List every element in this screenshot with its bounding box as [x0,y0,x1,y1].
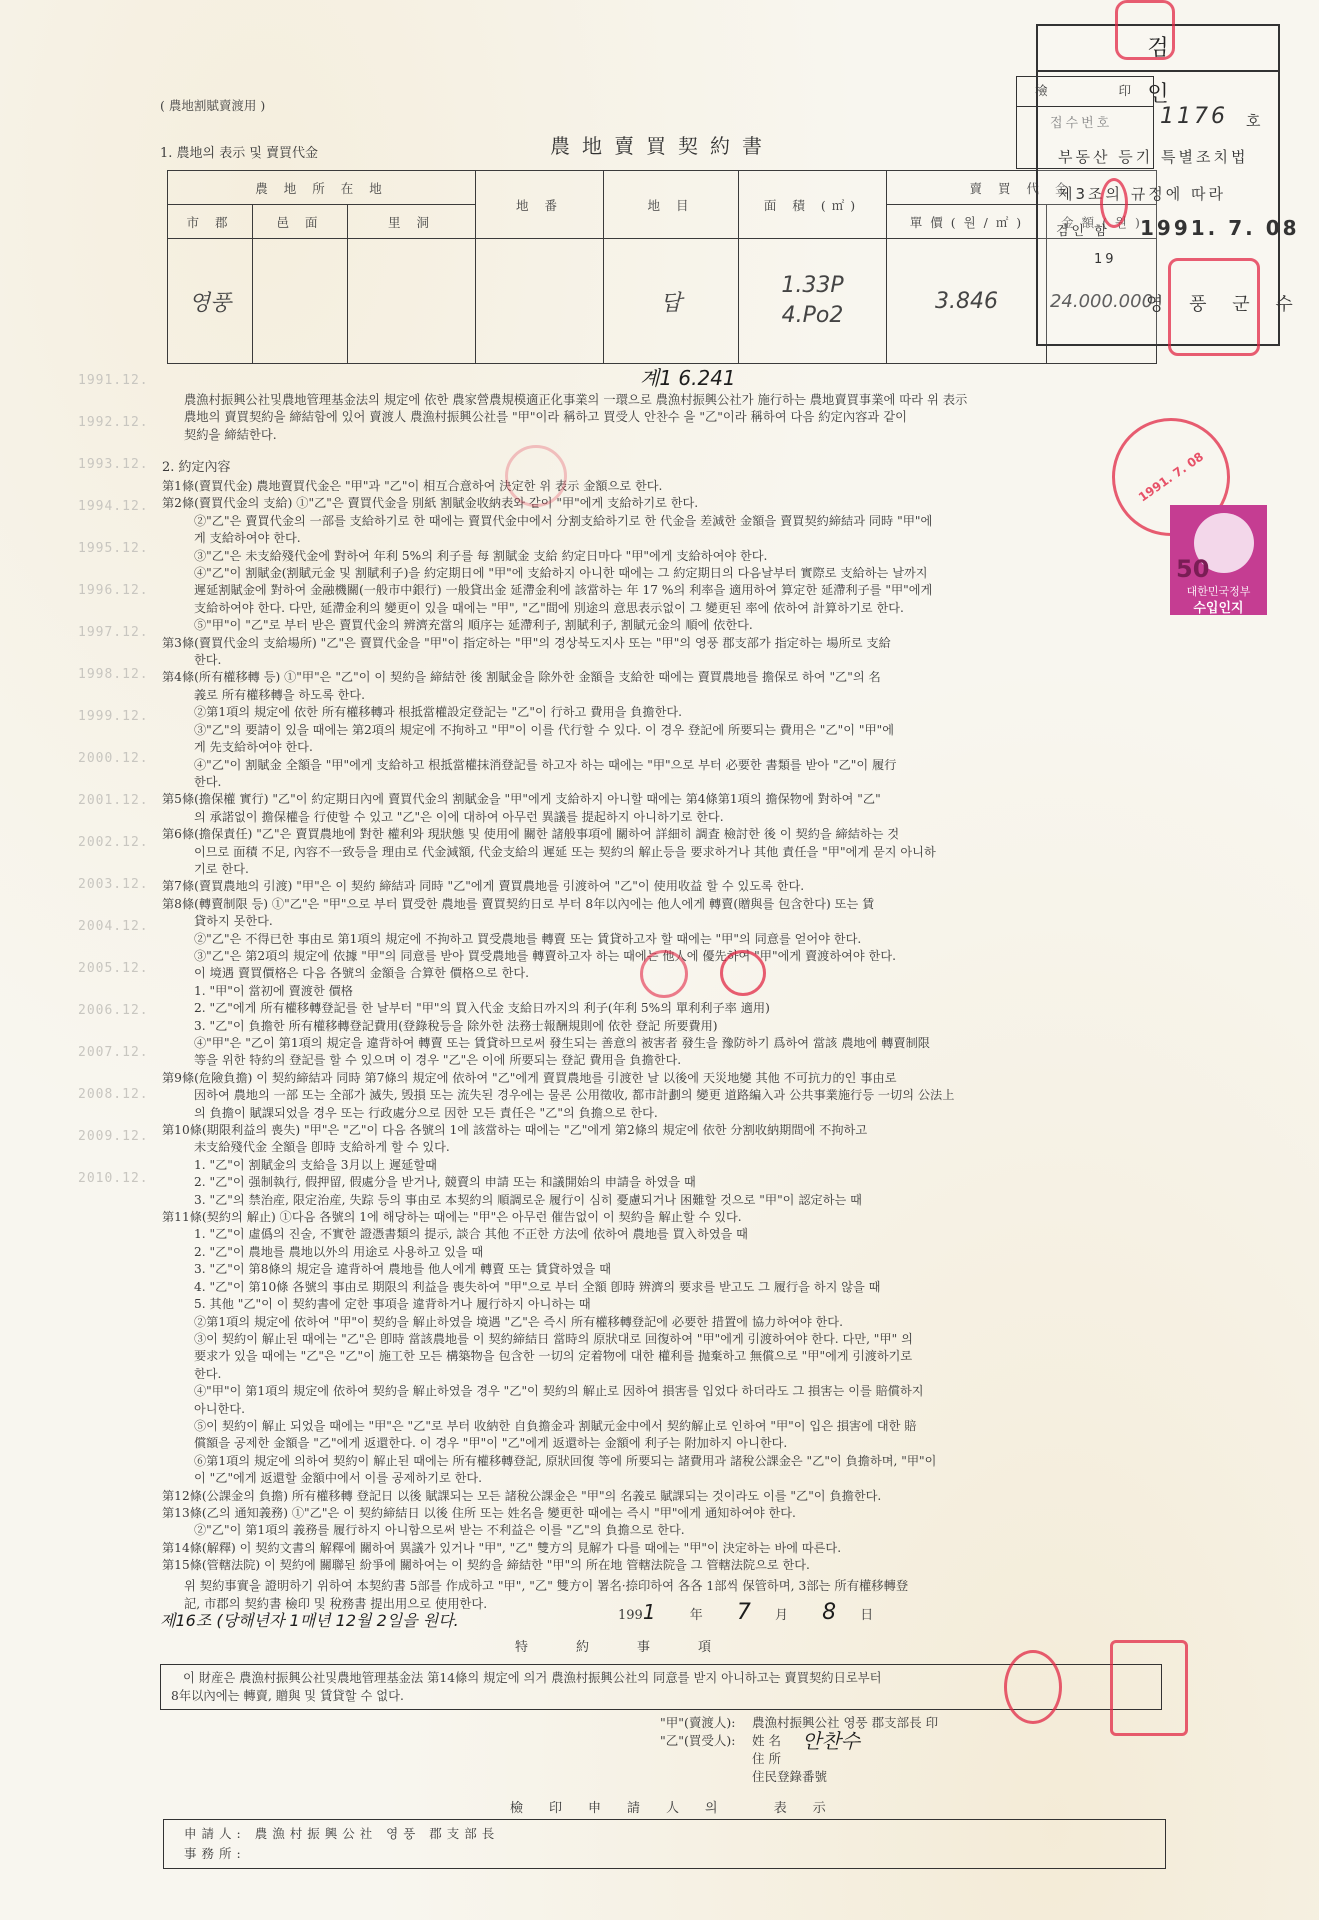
area-line-2: 4.Po2 [739,301,886,331]
ghost-date: 1997.12. [78,612,168,654]
ghost-date: 1992.12. [78,402,168,444]
year-label: 年 [690,1604,703,1623]
office-label: 事務所: [184,1846,246,1861]
seller-label: "甲"(賣渡人): [660,1714,752,1732]
article-line: 기로 한다. [184,861,1166,878]
article-line: ②"乙"은 不得已한 事由로 第1項의 規定에 不拘하고 買受農地를 轉賣 또는… [184,931,1166,948]
preamble: 農漁村振興公社및農地管理基金法의 規定에 依한 農家營農規模適正化事業의 一環으… [184,392,1164,444]
article-line: ⑥第1項의 規定에 의하여 契約이 解止된 때에는 所有權移轉登記, 原狀回復 … [184,1453,1166,1470]
faded-seal-preamble [505,445,567,507]
article-line: 第8條(轉賣制限 등) ①"乙"은 "甲"으로 부터 買受한 農地를 賣買契約日… [162,896,1166,913]
preamble-line: 農地의 賣買契約을 締結함에 있어 賣渡人 農漁村振興公社를 "甲"이라 稱하고… [184,409,1164,426]
ghost-date: 2008.12. [78,1074,168,1116]
ghost-date: 2010.12. [78,1158,168,1200]
ghost-date: 1994.12. [78,486,168,528]
month-value: 7 [737,1600,751,1625]
ghost-date: 1991.12. [78,360,168,402]
article-line: ⑤"甲"이 "乙"로 부터 받은 賣買代金의 辨濟充當의 順序는 延滯利子, 割… [184,617,1166,634]
day-label: 日 [860,1604,873,1623]
article-line: 第10條(期限利益의 喪失) "甲"은 "乙"이 다음 各號의 1에 該當하는 … [162,1122,1166,1139]
article-line: 第7條(賣買農地의 引渡) "甲"은 이 契約 締結과 同時 "乙"에게 賣買農… [162,878,1166,895]
revenue-stamp: 50 대한민국정부 수입인지 [1170,505,1267,615]
preamble-line: 農漁村振興公社및農地管理基金法의 規定에 依한 農家營農規模適正化事業의 一環으… [184,392,1164,409]
article-line: ③"乙"의 要請이 있을 때에는 第2項의 規定에 不拘하고 "甲"이 이를 代… [184,722,1166,739]
header-land-category: 地 目 [604,171,739,239]
usage-note: ( 農地割賦賣渡用 ) [160,96,265,114]
article-line: 第2條(賣買代金의 支給) ①"乙"은 賣買代金을 別紙 割賦金收納表와 같이 … [162,495,1166,512]
law-line-1: 부동산 등기 특별조치법 [1058,146,1248,167]
articles: 第1條(賣買代金) 農地賣買代金은 "甲"과 "乙"이 相互合意하여 決定한 위… [184,478,1166,1575]
month-label: 月 [775,1604,788,1623]
article-line: 償額을 공제한 金額을 "乙"에게 返還한다. 이 경우 "甲"이 "乙"에게 … [184,1435,1166,1452]
law-line-3: 검인 함 [1056,220,1110,239]
article-line: 第14條(解釋) 이 契約文書의 解釋에 關하여 異議가 있거나 "甲", "乙… [162,1540,1166,1557]
cell-town [253,239,348,364]
section2-title: 2. 約定內容 [162,456,231,475]
buyer-id-label: 住民登錄番號 [752,1768,827,1786]
ghost-date: 2001.12. [78,780,168,822]
article-line: 의 承諾없이 擔保權을 行使할 수 있고 "乙"은 이에 대하여 아무런 異議를… [184,809,1166,826]
seal-branch [1110,1640,1188,1736]
ghost-date: 1993.12. [78,444,168,486]
inspect-label-right: 印 [1118,81,1131,106]
article-line: ④"乙"이 割賦金(割賦元金 및 割賦利子)을 約定期日에 "甲"에 支給하지 … [184,565,1166,582]
buyer-address-label: 住 所 [752,1750,781,1768]
ghost-date: 2005.12. [78,948,168,990]
applicant-title: 檢印申請人의 表示 [510,1797,852,1816]
seal-article8-2 [720,950,766,996]
article-line: ③"乙"은 未支給殘代金에 對하여 年利 5%의 利子를 每 割賦金 支給 約定… [184,548,1166,565]
article-line: 5. 其他 "乙"이 이 契約書에 定한 事項을 違背하거나 履行하지 아니하는… [184,1296,1166,1313]
header-town: 邑 面 [253,205,348,239]
article-line: 이 "乙"에게 返還할 金額中에서 이를 공제하기로 한다. [184,1470,1166,1487]
article-line: 아니한다. [184,1401,1166,1418]
ghost-date: 2004.12. [78,906,168,948]
article-line: 第15條(管轄法院) 이 契約에 關聯된 紛爭에 關하여는 이 契約을 締結한 … [162,1557,1166,1574]
receipt-suffix: 호 [1246,110,1264,131]
article-line: 遲延割賦金에 對하여 金融機關(一般市中銀行) 一般貸出金 延滯金利에 該當하는… [184,582,1166,599]
total-area-note: 계1 6.241 [640,362,736,391]
ghost-date: 2003.12. [78,864,168,906]
applicant-box: 申請人: 農漁村振興公社 영풍 郡支部長 事務所: [163,1819,1166,1869]
article-line: 義로 所有權移轉을 하도록 한다. [184,687,1166,704]
article-line: 第6條(擔保責任) "乙"은 賣買農地에 對한 權利와 現狀態 및 使用에 關한… [162,826,1166,843]
article-line: 第3條(賣買代金의 支給場所) "乙"은 賣買代金을 "甲"이 指定하는 "甲"… [162,635,1166,652]
ghost-date: 2006.12. [78,990,168,1032]
revenue-stamp-value: 50 [1176,555,1209,583]
top-red-seal [1115,0,1175,60]
header-village: 里 洞 [348,205,476,239]
article-line: 第12條(公課金의 負擔) 所有權移轉 登記日 以後 賦課되는 모든 諸稅公課金… [162,1488,1166,1505]
header-unit-price: 單 價 ( 원 / ㎡ ) [887,205,1047,239]
buyer-name-label: 姓 名 [752,1732,802,1750]
article-line: 1. "乙"이 割賦金의 支給을 3月以上 遲延할때 [184,1157,1166,1174]
year-prefix: 199 [618,1608,643,1623]
article-line: ④"甲"은 "乙이 第1項의 規定을 違背하여 轉賣 또는 賃貸하므로써 發生되… [184,1035,1166,1052]
revenue-stamp-line-2: 수입인지 [1170,597,1267,616]
article-line: ②第1項의 規定에 依하여 "甲"이 契約을 解止하였을 境遇 "乙"은 즉시 … [184,1314,1166,1331]
ghost-date: 2002.12. [78,822,168,864]
article-line: 貸하지 못한다. [184,913,1166,930]
article-line: 3. "乙"이 負擔한 所有權移轉登記費用(登錄稅등을 除外한 法務士報酬規則에… [184,1018,1166,1035]
cell-village [348,239,476,364]
handwritten-note: 제16조 (당해년자 1매년 12월 2일을 원다. [160,1608,459,1631]
header-lot-number: 地 番 [476,171,604,239]
seal-date: 1991. 7. 08 [1140,216,1300,240]
article-line: 게 先支給하여야 한다. [184,739,1166,756]
article-line: 의 負擔이 賦課되었을 경우 또는 行政處分으로 因한 모든 責任은 "乙"의 … [184,1105,1166,1122]
article-line: 第5條(擔保權 實行) "乙"이 約定期日內에 賣買代金의 割賦金을 "甲"에게… [162,791,1166,808]
article-line: 要求가 있을 때에는 "乙"은 "乙"이 施工한 모든 構築物을 包含한 一切의… [184,1348,1166,1365]
applicant-value: 農漁村振興公社 영풍 郡支部長 [255,1826,500,1841]
ghost-date: 2007.12. [78,1032,168,1074]
land-table: 農 地 所 在 地 地 番 地 目 面 積 (㎡) 賣 買 代 金 市 郡 邑 … [167,170,1157,364]
article-line: 2. "乙"에게 所有權移轉登記를 한 날부터 "甲"의 買入代金 支給日까지의… [184,1000,1166,1017]
closing-line: 위 契約事實을 證明하기 위하여 本契約書 5部를 作成하고 "甲", "乙" … [184,1578,1164,1596]
special-terms-title: 特約事項 [515,1636,759,1655]
article-line: 한다. [184,652,1166,669]
ghost-date: 2009.12. [78,1116,168,1158]
parties: "甲"(賣渡人):農漁村振興公社 영풍 郡支部長 印 "乙"(買受人):姓 名안… [660,1714,938,1786]
header-location: 農 地 所 在 地 [168,171,476,205]
cell-city-county: 영풍 [168,239,253,364]
article-line: ④"乙"이 割賦金 全額을 "甲"에게 支給하고 根抵當權抹消登記를 하고자 하… [184,757,1166,774]
article-line: ③이 契約이 解止된 때에는 "乙"은 卽時 當該農地를 이 契約締結日 當時의… [184,1331,1166,1348]
article-line: 第1條(賣買代金) 農地賣買代金은 "甲"과 "乙"이 相互合意하여 決定한 위… [162,478,1166,495]
seal-date-prefix: 19 [1094,252,1117,267]
ghost-date: 1998.12. [78,654,168,696]
ghost-date: 2000.12. [78,738,168,780]
article-line: 3. "乙"의 禁治産, 限定治産, 失踪 등의 事由로 本契約의 順調로운 履… [184,1192,1166,1209]
county-red-seal [1168,258,1260,356]
article-line: 第9條(危險負擔) 이 契約締結과 同時 第7條의 規定에 依하여 "乙"에게 … [162,1070,1166,1087]
article-line: ②"乙"이 第1項의 義務를 履行하지 아니함으로써 받는 不利益은 이를 "乙… [184,1522,1166,1539]
article-line: 第4條(所有權移轉 등) ①"甲"은 "乙"이 이 契約을 締結한 後 割賦金을… [162,669,1166,686]
cell-lot-number [476,239,604,364]
applicant-label: 申請人: [184,1826,246,1841]
article-line: 第11條(契約의 解止) ①다음 各號의 1에 해당하는 때에는 "甲"은 아무… [162,1209,1166,1226]
ghost-date-column: 1991.12.1992.12.1993.12.1994.12.1995.12.… [78,360,168,1200]
day-value: 8 [822,1600,836,1625]
ghost-date: 1999.12. [78,696,168,738]
inspect-label-left: 檢 [1035,81,1048,106]
receipt-number: 1176 [1160,104,1228,129]
article-line: ②第1項의 規定에 依한 所有權移轉과 根抵當權設定登記는 "乙"이 行하고 費… [184,704,1166,721]
postmark-date: 1991. 7. 08 [1136,449,1206,504]
article-line: 3. "乙"이 第8條의 規定을 違背하여 農地를 他人에게 轉賣 또는 賃貸하… [184,1261,1166,1278]
article-line: 支給하여야 한다. 다만, 延滯金利의 變更이 있을 때에는 "甲", "乙"間… [184,600,1166,617]
article-line: 等을 위한 特約의 登記를 할 수 있으며 이 경우 "乙"은 이에 所要되는 … [184,1052,1166,1069]
article-line: 한다. [184,774,1166,791]
seal-article8-1 [640,950,688,998]
article-line: 4. "乙"이 第10條 各號의 事由로 期限의 利益을 喪失하여 "甲"으로 … [184,1279,1166,1296]
document-title: 農地賣買契約書 [550,130,774,159]
receipt-prefix: 접수번호 [1050,112,1112,131]
seal-special-terms [1004,1650,1062,1724]
article-line: 因하여 農地의 一部 또는 全部가 滅失, 毁損 또는 流失된 경우에는 물론 … [184,1087,1166,1104]
section1-title: 1. 農地의 表示 및 賣買代金 [160,142,318,161]
article-line: 한다. [184,1366,1166,1383]
article-line: 第13條(乙의 通知義務) ①"乙"은 이 契約締結日 以後 住所 또는 姓名을… [162,1505,1166,1522]
article-line: ④"甲"이 第1項의 規定에 依하여 契約을 解止하였을 경우 "乙"이 契約의… [184,1383,1166,1400]
article-line: 1. "乙"이 虛僞의 진술, 不實한 證憑書類의 提示, 談合 其他 不正한 … [184,1226,1166,1243]
article-line: ⑤이 契約이 解止 되었을 때에는 "甲"은 "乙"로 부터 收納한 自負擔金과… [184,1418,1166,1435]
year-digit: 1 [643,1600,656,1624]
article-line: 게 支給하여야 한다. [184,530,1166,547]
article-line: 未支給殘代金 全額을 卽時 支給하게 할 수 있다. [184,1139,1166,1156]
header-city-county: 市 郡 [168,205,253,239]
article-line: 이므로 面積 不足, 內容不一致등을 理由로 代金減額, 代金支給의 遲延 또는… [184,844,1166,861]
ghost-date: 1995.12. [78,528,168,570]
header-area: 面 積 (㎡) [739,171,887,239]
article-line: 2. "乙"이 農地를 農地以外의 用途로 사용하고 있을 때 [184,1244,1166,1261]
preamble-line: 契約을 締結한다. [184,427,1164,444]
buyer-label: "乙"(買受人): [660,1732,752,1750]
buyer-name: 안찬수 [802,1732,860,1750]
article-line: ②"乙"은 賣買代金의 一部를 支給하기로 한 때에는 賣買代金中에서 分割支給… [184,513,1166,530]
contract-date: 1991 年 7 月 8 日 [618,1600,873,1625]
cell-area: 1.33P 4.Po2 [739,239,887,364]
ghost-date: 1996.12. [78,570,168,612]
article-line: 2. "乙"이 强制執行, 假押留, 假處分을 받거나, 競賣의 申請 또는 和… [184,1174,1166,1191]
law-line-2: 제3조의 규정에 따라 [1058,183,1226,204]
small-red-seal [1100,178,1128,228]
cell-land-category: 답 [604,239,739,364]
area-line-1: 1.33P [739,271,886,301]
cell-unit-price: 3.846 [887,239,1047,364]
